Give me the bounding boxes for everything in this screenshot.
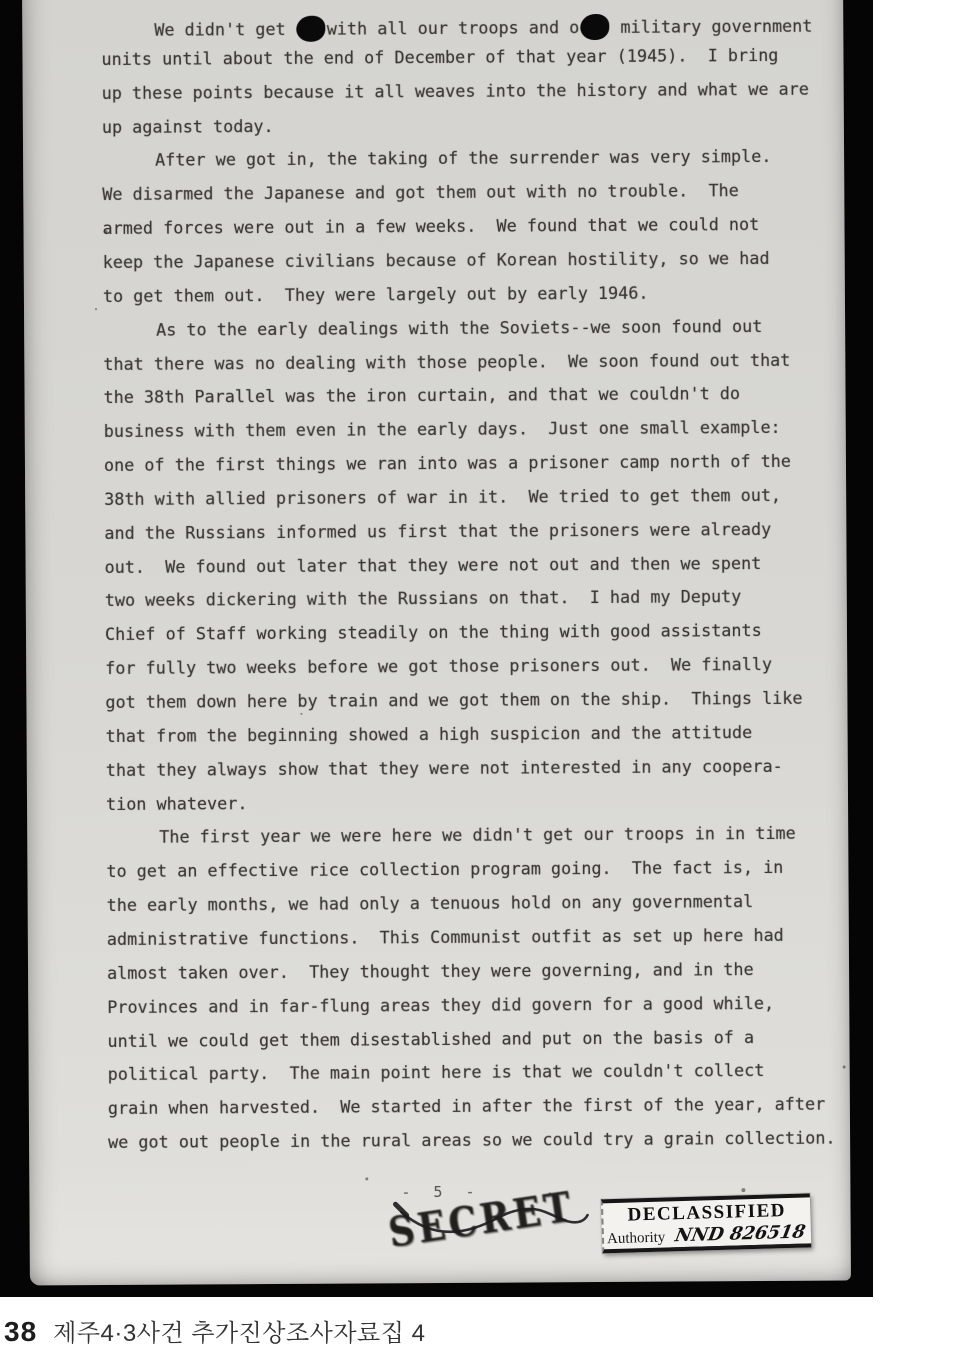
typed-line: two weeks dickering with the Russians on… xyxy=(105,589,742,610)
ink-blob-icon xyxy=(580,14,609,40)
footer-page-number: 38 xyxy=(4,1316,37,1336)
typed-line: We disarmed the Japanese and got them ou… xyxy=(102,182,739,203)
typed-line: the early months, we had only a tenuous … xyxy=(107,893,754,914)
declassified-stamp-box: DECLASSIFIED Authority NND 826518 xyxy=(601,1193,811,1253)
typed-line: that from the beginning showed a high su… xyxy=(106,724,753,745)
typed-line: Provinces and in far-flung areas they di… xyxy=(107,995,774,1016)
dust-speck xyxy=(365,1177,368,1180)
dust-speck xyxy=(95,308,97,310)
typed-line: armed forces were out in a few weeks. We… xyxy=(102,216,759,237)
book-footer-caption: 38제주4·3사건 추가진상조사자료집 4 xyxy=(4,1313,425,1336)
typed-line: grain when harvested. We started in afte… xyxy=(108,1096,825,1117)
dust-speck xyxy=(843,1066,846,1069)
typed-line: We didn't get with all our troops and o … xyxy=(154,13,812,43)
typed-line: that there was no dealing with those peo… xyxy=(103,351,790,372)
typed-line: until we could get them disestablished a… xyxy=(107,1029,754,1050)
typed-line: After we got in, the taking of the surre… xyxy=(155,148,771,169)
dust-speck xyxy=(741,1188,745,1192)
dust-speck xyxy=(774,1208,777,1211)
typed-line: business with them even in the early day… xyxy=(104,419,781,440)
ink-blob-icon xyxy=(297,16,326,42)
authority-label: Authority xyxy=(607,1229,666,1247)
typed-line: up against today. xyxy=(102,118,274,136)
typed-line: up these points because it all weaves in… xyxy=(102,80,809,101)
typed-line: to get an effective rice collection prog… xyxy=(106,859,783,880)
book-page: We didn't get with all our troops and o … xyxy=(0,0,976,1336)
typed-line: got them down here by train and we got t… xyxy=(105,690,802,711)
authority-handwritten-value: NND 826518 xyxy=(671,1221,810,1249)
typed-line: for fully two weeks before we got those … xyxy=(105,656,772,677)
typed-line: that they always show that they were not… xyxy=(106,758,783,779)
typed-line: almost taken over. They thought they wer… xyxy=(107,961,754,982)
scanned-photo: We didn't get with all our troops and o … xyxy=(0,0,873,1297)
footer-title: 제주4·3사건 추가진상조사자료집 4 xyxy=(53,1320,425,1336)
typed-line: tion whatever. xyxy=(106,795,248,813)
typed-line: we got out people in the rural areas so … xyxy=(108,1130,836,1151)
dust-speck xyxy=(548,1192,551,1195)
typed-line: Chief of Staff working steadily on the t… xyxy=(105,622,762,643)
typed-line: one of the first things we ran into was … xyxy=(104,453,791,474)
typed-line: and the Russians informed us first that … xyxy=(104,521,771,542)
typed-line: the 38th Parallel was the iron curtain, … xyxy=(103,385,740,406)
typed-line: units until about the end of December of… xyxy=(101,47,778,68)
declassified-authority: Authority NND 826518 xyxy=(604,1221,812,1251)
typed-line: As to the early dealings with the Soviet… xyxy=(156,318,762,338)
typed-line: to get them out. They were largely out b… xyxy=(103,284,649,304)
typed-line: political party. The main point here is … xyxy=(108,1062,765,1083)
dust-speck xyxy=(300,713,302,715)
strikethrough-pen-line xyxy=(387,1193,599,1236)
typed-line: out. We found out later that they were n… xyxy=(105,555,762,576)
typed-line: administrative functions. This Communist… xyxy=(107,927,784,948)
typed-line: The first year we were here we didn't ge… xyxy=(159,825,796,846)
typed-line: 38th with allied prisoners of war in it.… xyxy=(104,487,781,508)
typed-line: keep the Japanese civilians because of K… xyxy=(103,250,770,271)
dust-speck xyxy=(105,230,108,233)
document-paper: We didn't get with all our troops and o … xyxy=(22,0,851,1285)
